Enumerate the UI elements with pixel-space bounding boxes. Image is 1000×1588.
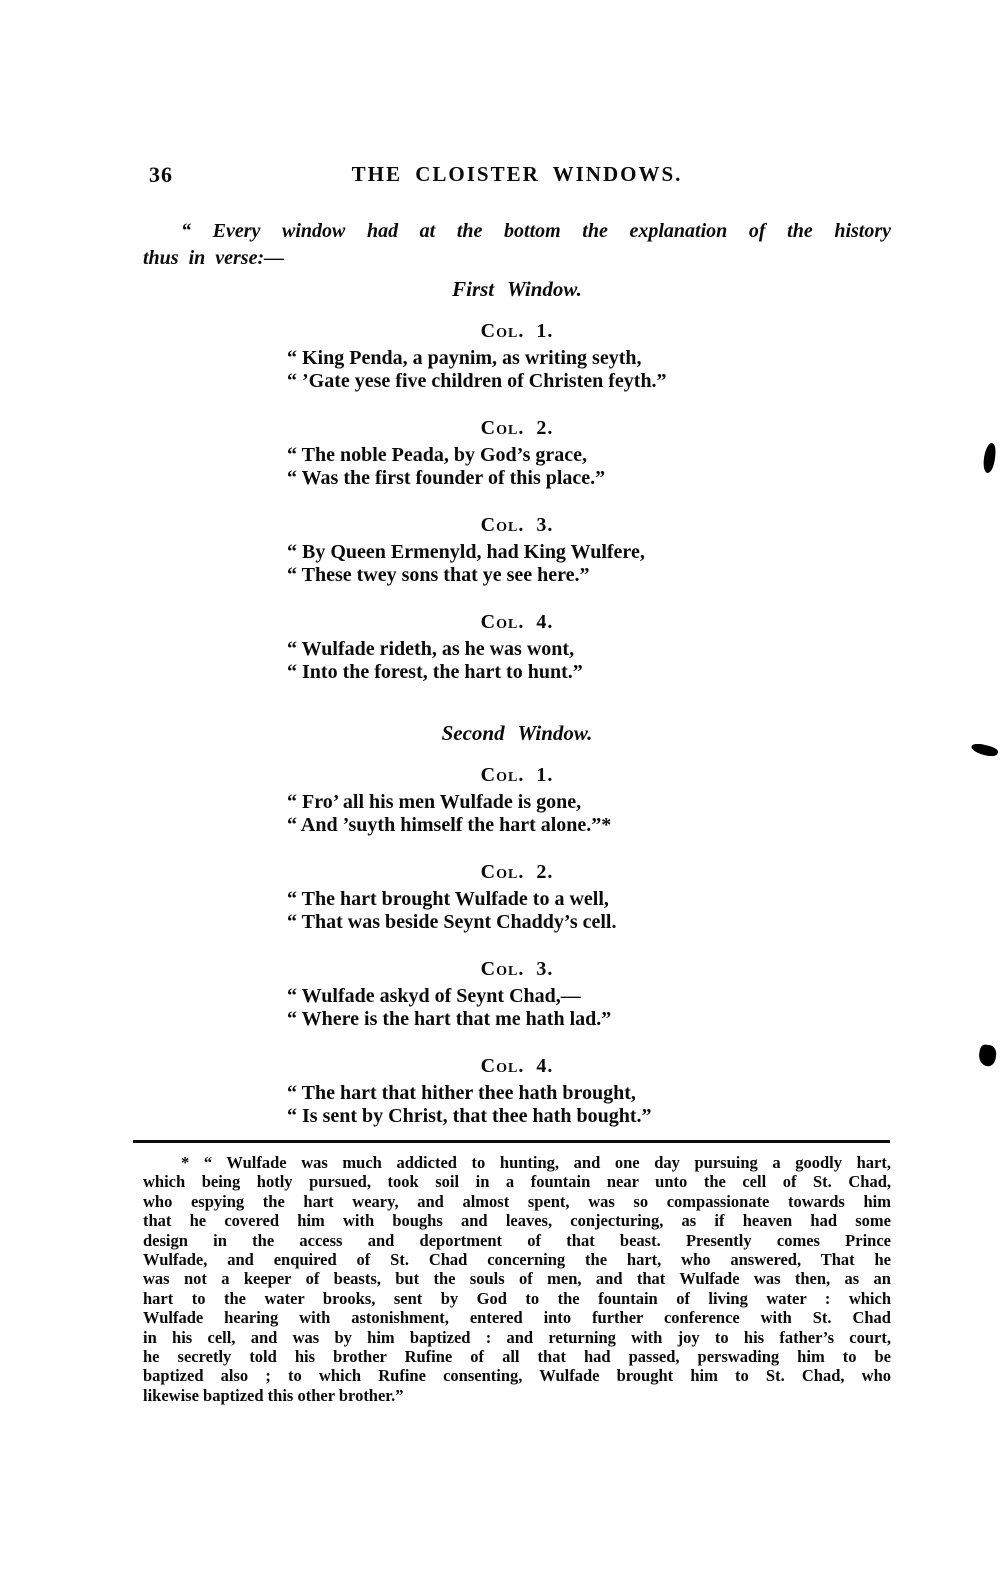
footnote-line: Wulfade hearing with astonishment, enter… — [143, 1308, 891, 1327]
verse-couplet: “ By Queen Ermenyld, had King Wulfere, “… — [143, 541, 891, 587]
footnote-divider-rule — [133, 1140, 890, 1143]
page-number: 36 — [149, 162, 173, 188]
scan-ink-speck — [982, 443, 996, 474]
footnote-line: was not a keeper of beasts, but the soul… — [143, 1269, 891, 1288]
scan-ink-speck — [970, 742, 999, 758]
verse-line: “ King Penda, a paynim, as writing seyth… — [287, 347, 891, 370]
verse-line: “ Into the forest, the hart to hunt.” — [287, 661, 891, 684]
footnote-line: who espying the hart weary, and almost s… — [143, 1192, 891, 1211]
verse-line: “ Wulfade rideth, as he was wont, — [287, 638, 891, 661]
verse-couplet: “ Fro’ all his men Wulfade is gone, “ An… — [143, 791, 891, 837]
column-heading: Col. 3. — [143, 958, 891, 980]
window-title-second: Second Window. — [143, 720, 891, 746]
text-block: 36 THE CLOISTER WINDOWS. “ Every window … — [143, 160, 891, 1128]
verse-line: “ Fro’ all his men Wulfade is gone, — [287, 791, 891, 814]
verse-couplet: “ The noble Peada, by God’s grace, “ Was… — [143, 444, 891, 490]
verse-line: “ And ’suyth himself the hart alone.”* — [287, 814, 891, 837]
verse-line: “ The noble Peada, by God’s grace, — [287, 444, 891, 467]
page-header: 36 THE CLOISTER WINDOWS. — [143, 162, 891, 188]
verse-line: “ That was beside Seynt Chaddy’s cell. — [287, 911, 891, 934]
intro-paragraph: “ Every window had at the bottom the exp… — [143, 218, 891, 272]
intro-line: “ Every window had at the bottom the exp… — [143, 218, 891, 245]
verse-couplet: “ The hart brought Wulfade to a well, “ … — [143, 888, 891, 934]
column-heading: Col. 2. — [143, 861, 891, 883]
verse-couplet: “ The hart that hither thee hath brought… — [143, 1082, 891, 1128]
verse-line: “ Wulfade askyd of Seynt Chad,— — [287, 985, 891, 1008]
column-heading: Col. 1. — [143, 320, 891, 342]
verse-line: “ Was the first founder of this place.” — [287, 467, 891, 490]
running-title: THE CLOISTER WINDOWS. — [143, 162, 891, 187]
verse-couplet: “ Wulfade rideth, as he was wont, “ Into… — [143, 638, 891, 684]
verse-line: “ The hart brought Wulfade to a well, — [287, 888, 891, 911]
footnote-line: hart to the water brooks, sent by God to… — [143, 1289, 891, 1308]
book-page: 36 THE CLOISTER WINDOWS. “ Every window … — [0, 0, 1000, 1588]
column-heading: Col. 4. — [143, 1055, 891, 1077]
verse-line: “ Is sent by Christ, that thee hath boug… — [287, 1105, 891, 1128]
footnote-line: baptized also ; to which Rufine consenti… — [143, 1366, 891, 1385]
footnote-line: Wulfade, and enquired of St. Chad concer… — [143, 1250, 891, 1269]
scan-ink-speck — [977, 1044, 997, 1068]
intro-line: thus in verse:— — [143, 245, 891, 272]
footnote-line: which being hotly pursued, took soil in … — [143, 1172, 891, 1191]
column-heading: Col. 2. — [143, 417, 891, 439]
column-heading: Col. 1. — [143, 764, 891, 786]
column-heading: Col. 4. — [143, 611, 891, 633]
column-heading: Col. 3. — [143, 514, 891, 536]
verse-line: “ These twey sons that ye see here.” — [287, 564, 891, 587]
verse-line: “ Where is the hart that me hath lad.” — [287, 1008, 891, 1031]
verse-couplet: “ King Penda, a paynim, as writing seyth… — [143, 347, 891, 393]
footnote: * “ Wulfade was much addicted to hunting… — [143, 1153, 891, 1405]
footnote-line: likewise baptized this other brother.” — [143, 1386, 891, 1405]
verse-line: “ ’Gate yese five children of Christen f… — [287, 370, 891, 393]
verse-couplet: “ Wulfade askyd of Seynt Chad,— “ Where … — [143, 985, 891, 1031]
footnote-line: in his cell, and was by him baptized : a… — [143, 1328, 891, 1347]
footnote-line: that he covered him with boughs and leav… — [143, 1211, 891, 1230]
footnote-line: * “ Wulfade was much addicted to hunting… — [143, 1153, 891, 1172]
verse-line: “ By Queen Ermenyld, had King Wulfere, — [287, 541, 891, 564]
verse-line: “ The hart that hither thee hath brought… — [287, 1082, 891, 1105]
window-title-first: First Window. — [143, 276, 891, 302]
footnote-line: he secretly told his brother Rufine of a… — [143, 1347, 891, 1366]
footnote-line: design in the access and deportment of t… — [143, 1231, 891, 1250]
